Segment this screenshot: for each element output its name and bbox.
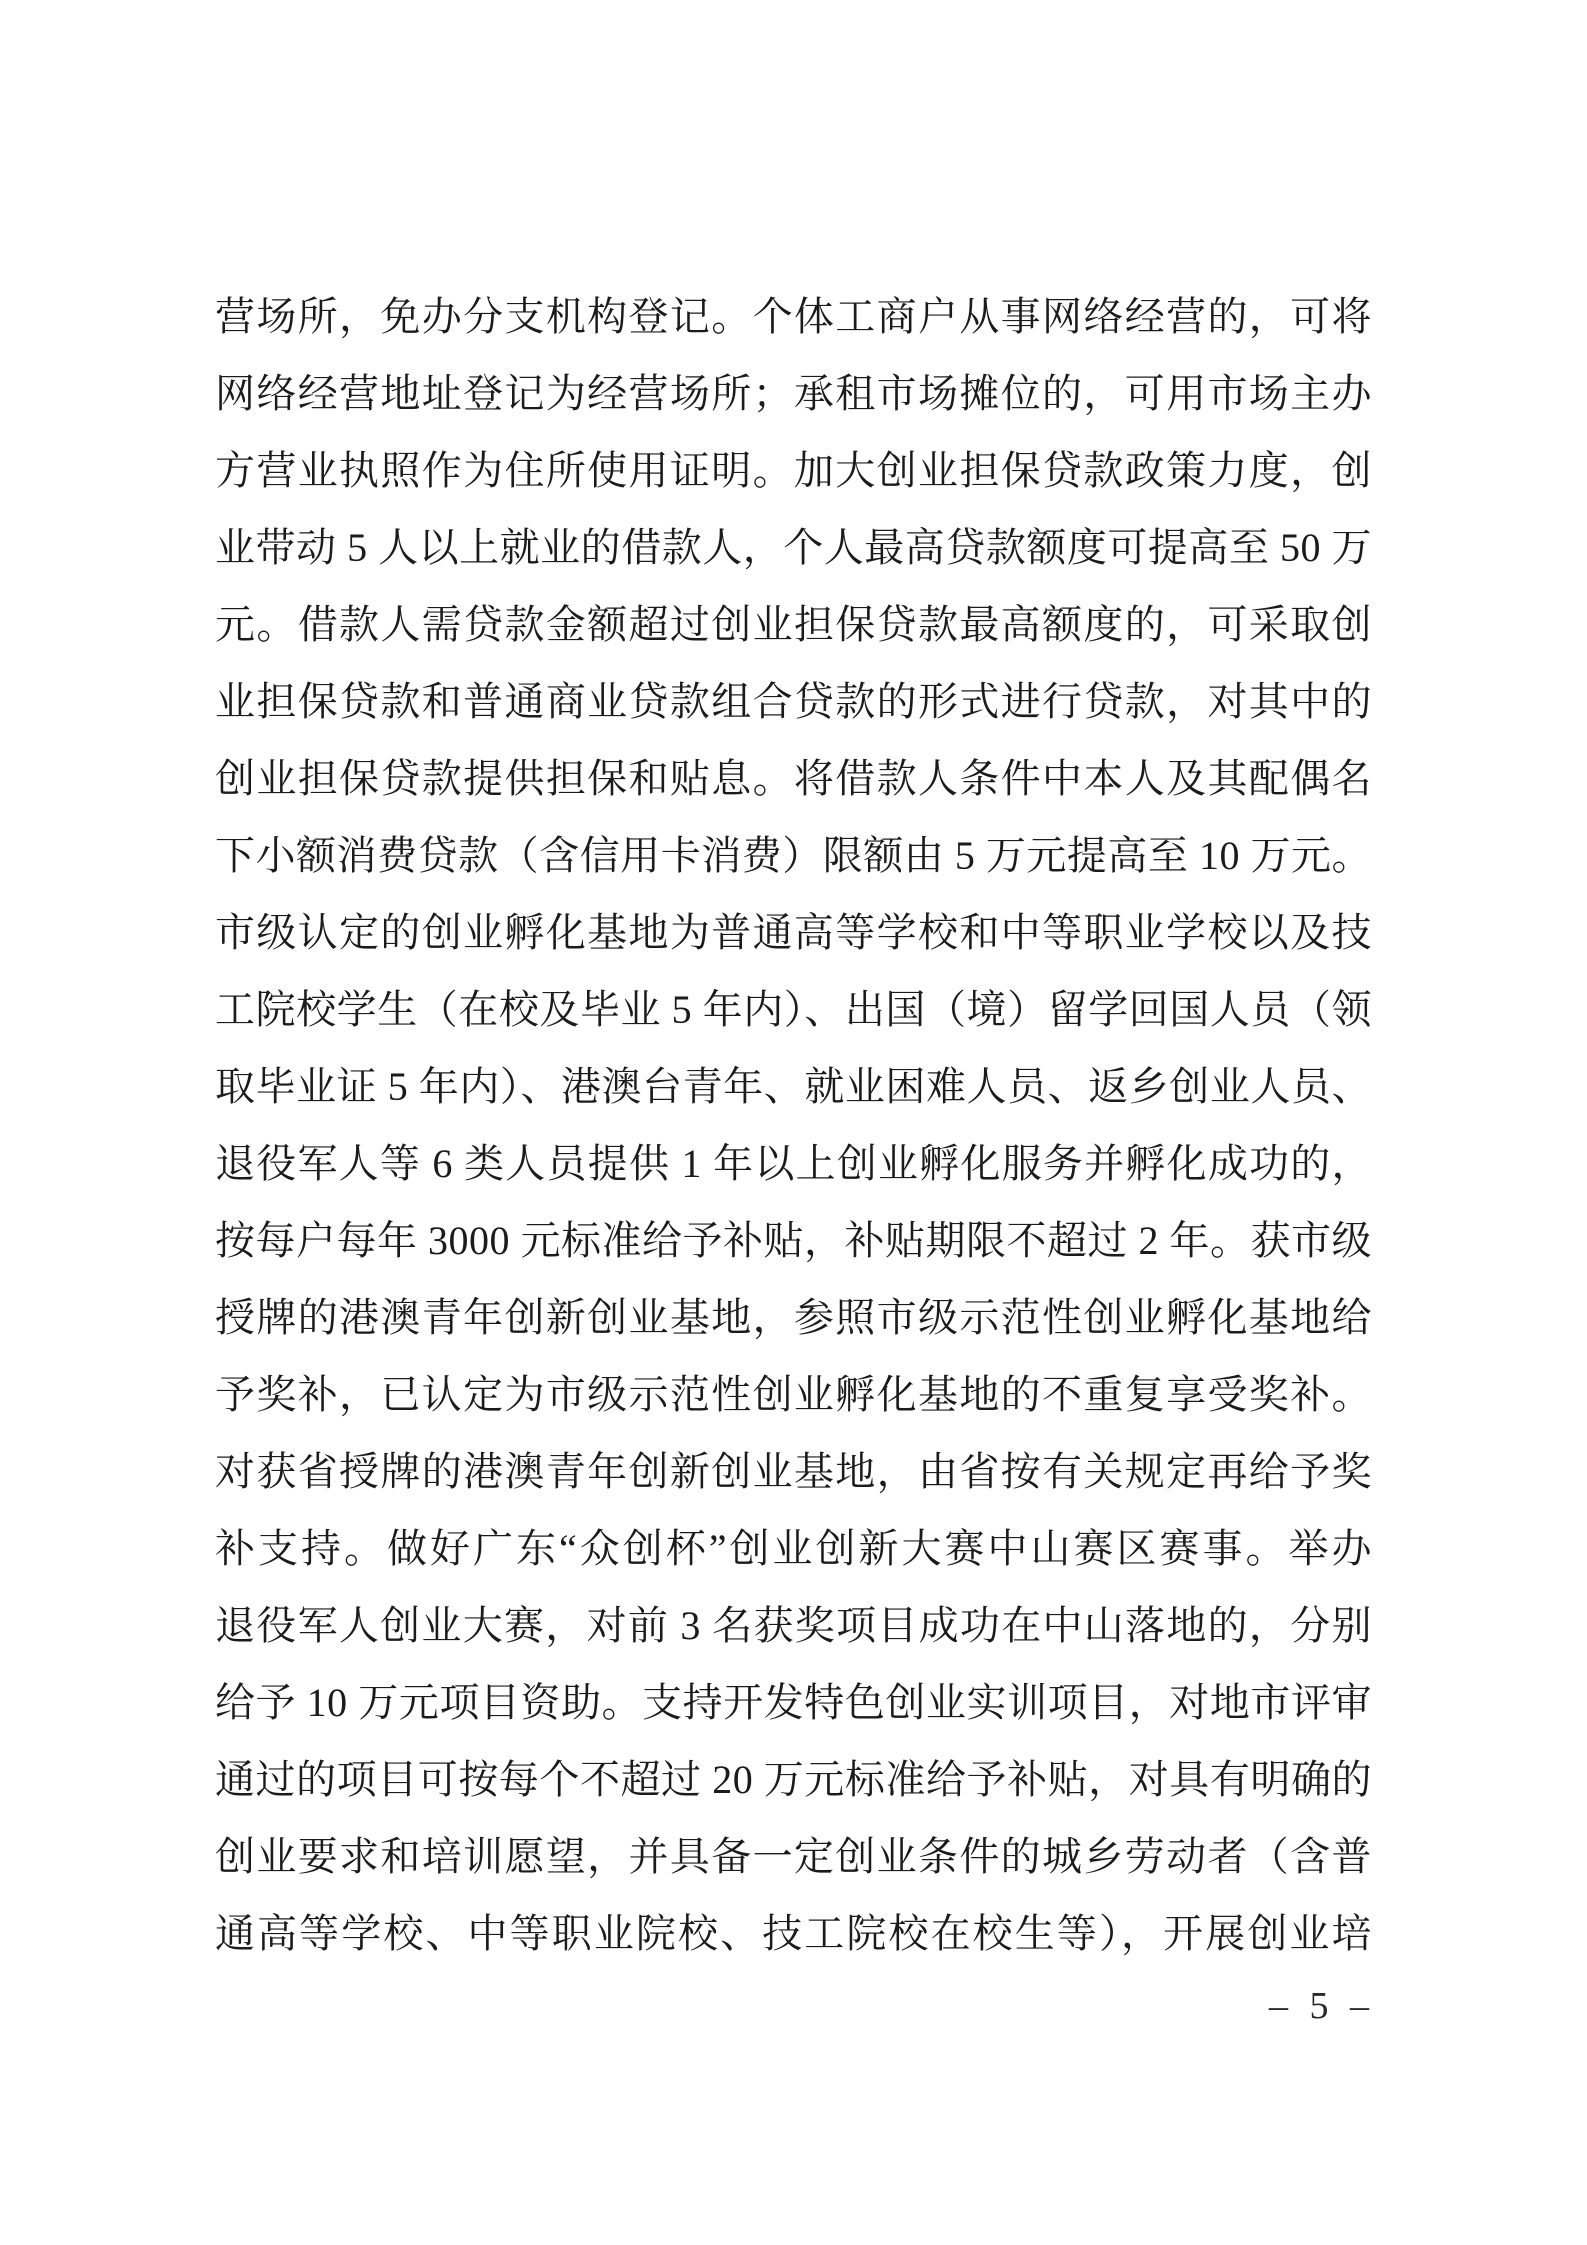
text-line: 方营业执照作为住所使用证明。加大创业担保贷款政策力度，创 bbox=[215, 432, 1372, 509]
text-line: 对获省授牌的港澳青年创新创业基地，由省按有关规定再给予奖 bbox=[215, 1433, 1372, 1510]
text-line: 市级认定的创业孵化基地为普通高等学校和中等职业学校以及技 bbox=[215, 894, 1372, 971]
text-line: 予奖补，已认定为市级示范性创业孵化基地的不重复享受奖补。 bbox=[215, 1356, 1372, 1433]
document-page: 营场所，免办分支机构登记。个体工商户从事网络经营的，可将网络经营地址登记为经营场… bbox=[0, 0, 1587, 2245]
text-line: 退役军人创业大赛，对前 3 名获奖项目成功在中山落地的，分别 bbox=[215, 1587, 1372, 1664]
text-line: 业担保贷款和普通商业贷款组合贷款的形式进行贷款，对其中的 bbox=[215, 663, 1372, 740]
text-line: 通过的项目可按每个不超过 20 万元标准给予补贴，对具有明确的 bbox=[215, 1741, 1372, 1818]
page-number: – 5 – bbox=[1269, 1986, 1375, 2026]
text-line: 通高等学校、中等职业院校、技工院校在校生等），开展创业培 bbox=[215, 1895, 1372, 1972]
text-line: 工院校学生（在校及毕业 5 年内）、出国（境）留学回国人员（领 bbox=[215, 971, 1372, 1048]
text-line: 营场所，免办分支机构登记。个体工商户从事网络经营的，可将 bbox=[215, 278, 1372, 355]
text-line: 业带动 5 人以上就业的借款人，个人最高贷款额度可提高至 50 万 bbox=[215, 509, 1372, 586]
text-line: 网络经营地址登记为经营场所；承租市场摊位的，可用市场主办 bbox=[215, 355, 1372, 432]
text-line: 给予 10 万元项目资助。支持开发特色创业实训项目，对地市评审 bbox=[215, 1664, 1372, 1741]
text-line: 按每户每年 3000 元标准给予补贴，补贴期限不超过 2 年。获市级 bbox=[215, 1202, 1372, 1279]
text-line: 补支持。做好广东“众创杯”创业创新大赛中山赛区赛事。举办 bbox=[215, 1510, 1372, 1587]
text-line: 授牌的港澳青年创新创业基地，参照市级示范性创业孵化基地给 bbox=[215, 1279, 1372, 1356]
text-line: 创业要求和培训愿望，并具备一定创业条件的城乡劳动者（含普 bbox=[215, 1818, 1372, 1895]
text-line: 元。借款人需贷款金额超过创业担保贷款最高额度的，可采取创 bbox=[215, 586, 1372, 663]
text-line: 退役军人等 6 类人员提供 1 年以上创业孵化服务并孵化成功的， bbox=[215, 1125, 1372, 1202]
text-body: 营场所，免办分支机构登记。个体工商户从事网络经营的，可将网络经营地址登记为经营场… bbox=[215, 278, 1372, 1972]
text-line: 下小额消费贷款（含信用卡消费）限额由 5 万元提高至 10 万元。 bbox=[215, 817, 1372, 894]
text-line: 创业担保贷款提供担保和贴息。将借款人条件中本人及其配偶名 bbox=[215, 740, 1372, 817]
text-line: 取毕业证 5 年内）、港澳台青年、就业困难人员、返乡创业人员、 bbox=[215, 1048, 1372, 1125]
